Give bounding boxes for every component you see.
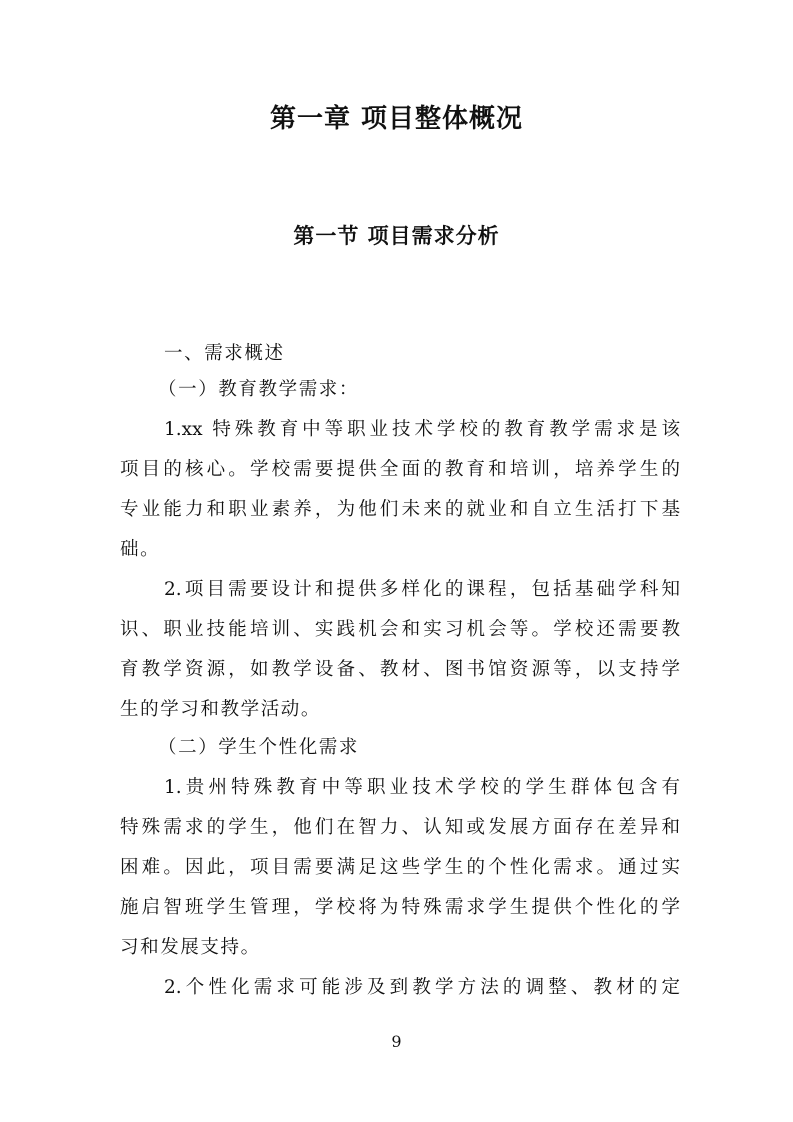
paragraph-line: 育教学资源，如教学设备、教材、图书馆资源等，以支持学 <box>120 658 680 682</box>
paragraph-line: 特殊需求的学生，他们在智力、认知或发展方面存在差异和 <box>120 816 680 840</box>
section-title: 第一节 项目需求分析 <box>0 220 793 250</box>
paragraph-line: 2.个性化需求可能涉及到教学方法的调整、教材的定 <box>164 976 680 1000</box>
chapter-title: 第一章 项目整体概况 <box>0 98 793 135</box>
paragraph-line: 施启智班学生管理，学校将为特殊需求学生提供个性化的学 <box>120 896 680 920</box>
page-number: 9 <box>0 1032 793 1051</box>
paragraph-line: 困难。因此，项目需要满足这些学生的个性化需求。通过实 <box>120 856 680 880</box>
paragraph-line: 习和发展支持。 <box>120 936 680 960</box>
paragraph-line: 一、需求概述 <box>164 342 680 366</box>
paragraph-line: 项目的核心。学校需要提供全面的教育和培训，培养学生的 <box>120 458 680 482</box>
paragraph-line: （一）教育教学需求： <box>158 378 680 402</box>
paragraph-line: 1.xx 特殊教育中等职业技术学校的教育教学需求是该 <box>164 418 680 442</box>
paragraph-line: 生的学习和教学活动。 <box>120 698 680 722</box>
paragraph-line: 专业能力和职业素养，为他们未来的就业和自立生活打下基 <box>120 498 680 522</box>
paragraph-line: 1.贵州特殊教育中等职业技术学校的学生群体包含有 <box>164 776 680 800</box>
paragraph-line: （二）学生个性化需求 <box>158 736 680 760</box>
paragraph-line: 础。 <box>120 538 680 562</box>
paragraph-line: 识、职业技能培训、实践机会和实习机会等。学校还需要教 <box>120 618 680 642</box>
paragraph-line: 2.项目需要设计和提供多样化的课程，包括基础学科知 <box>164 578 680 602</box>
